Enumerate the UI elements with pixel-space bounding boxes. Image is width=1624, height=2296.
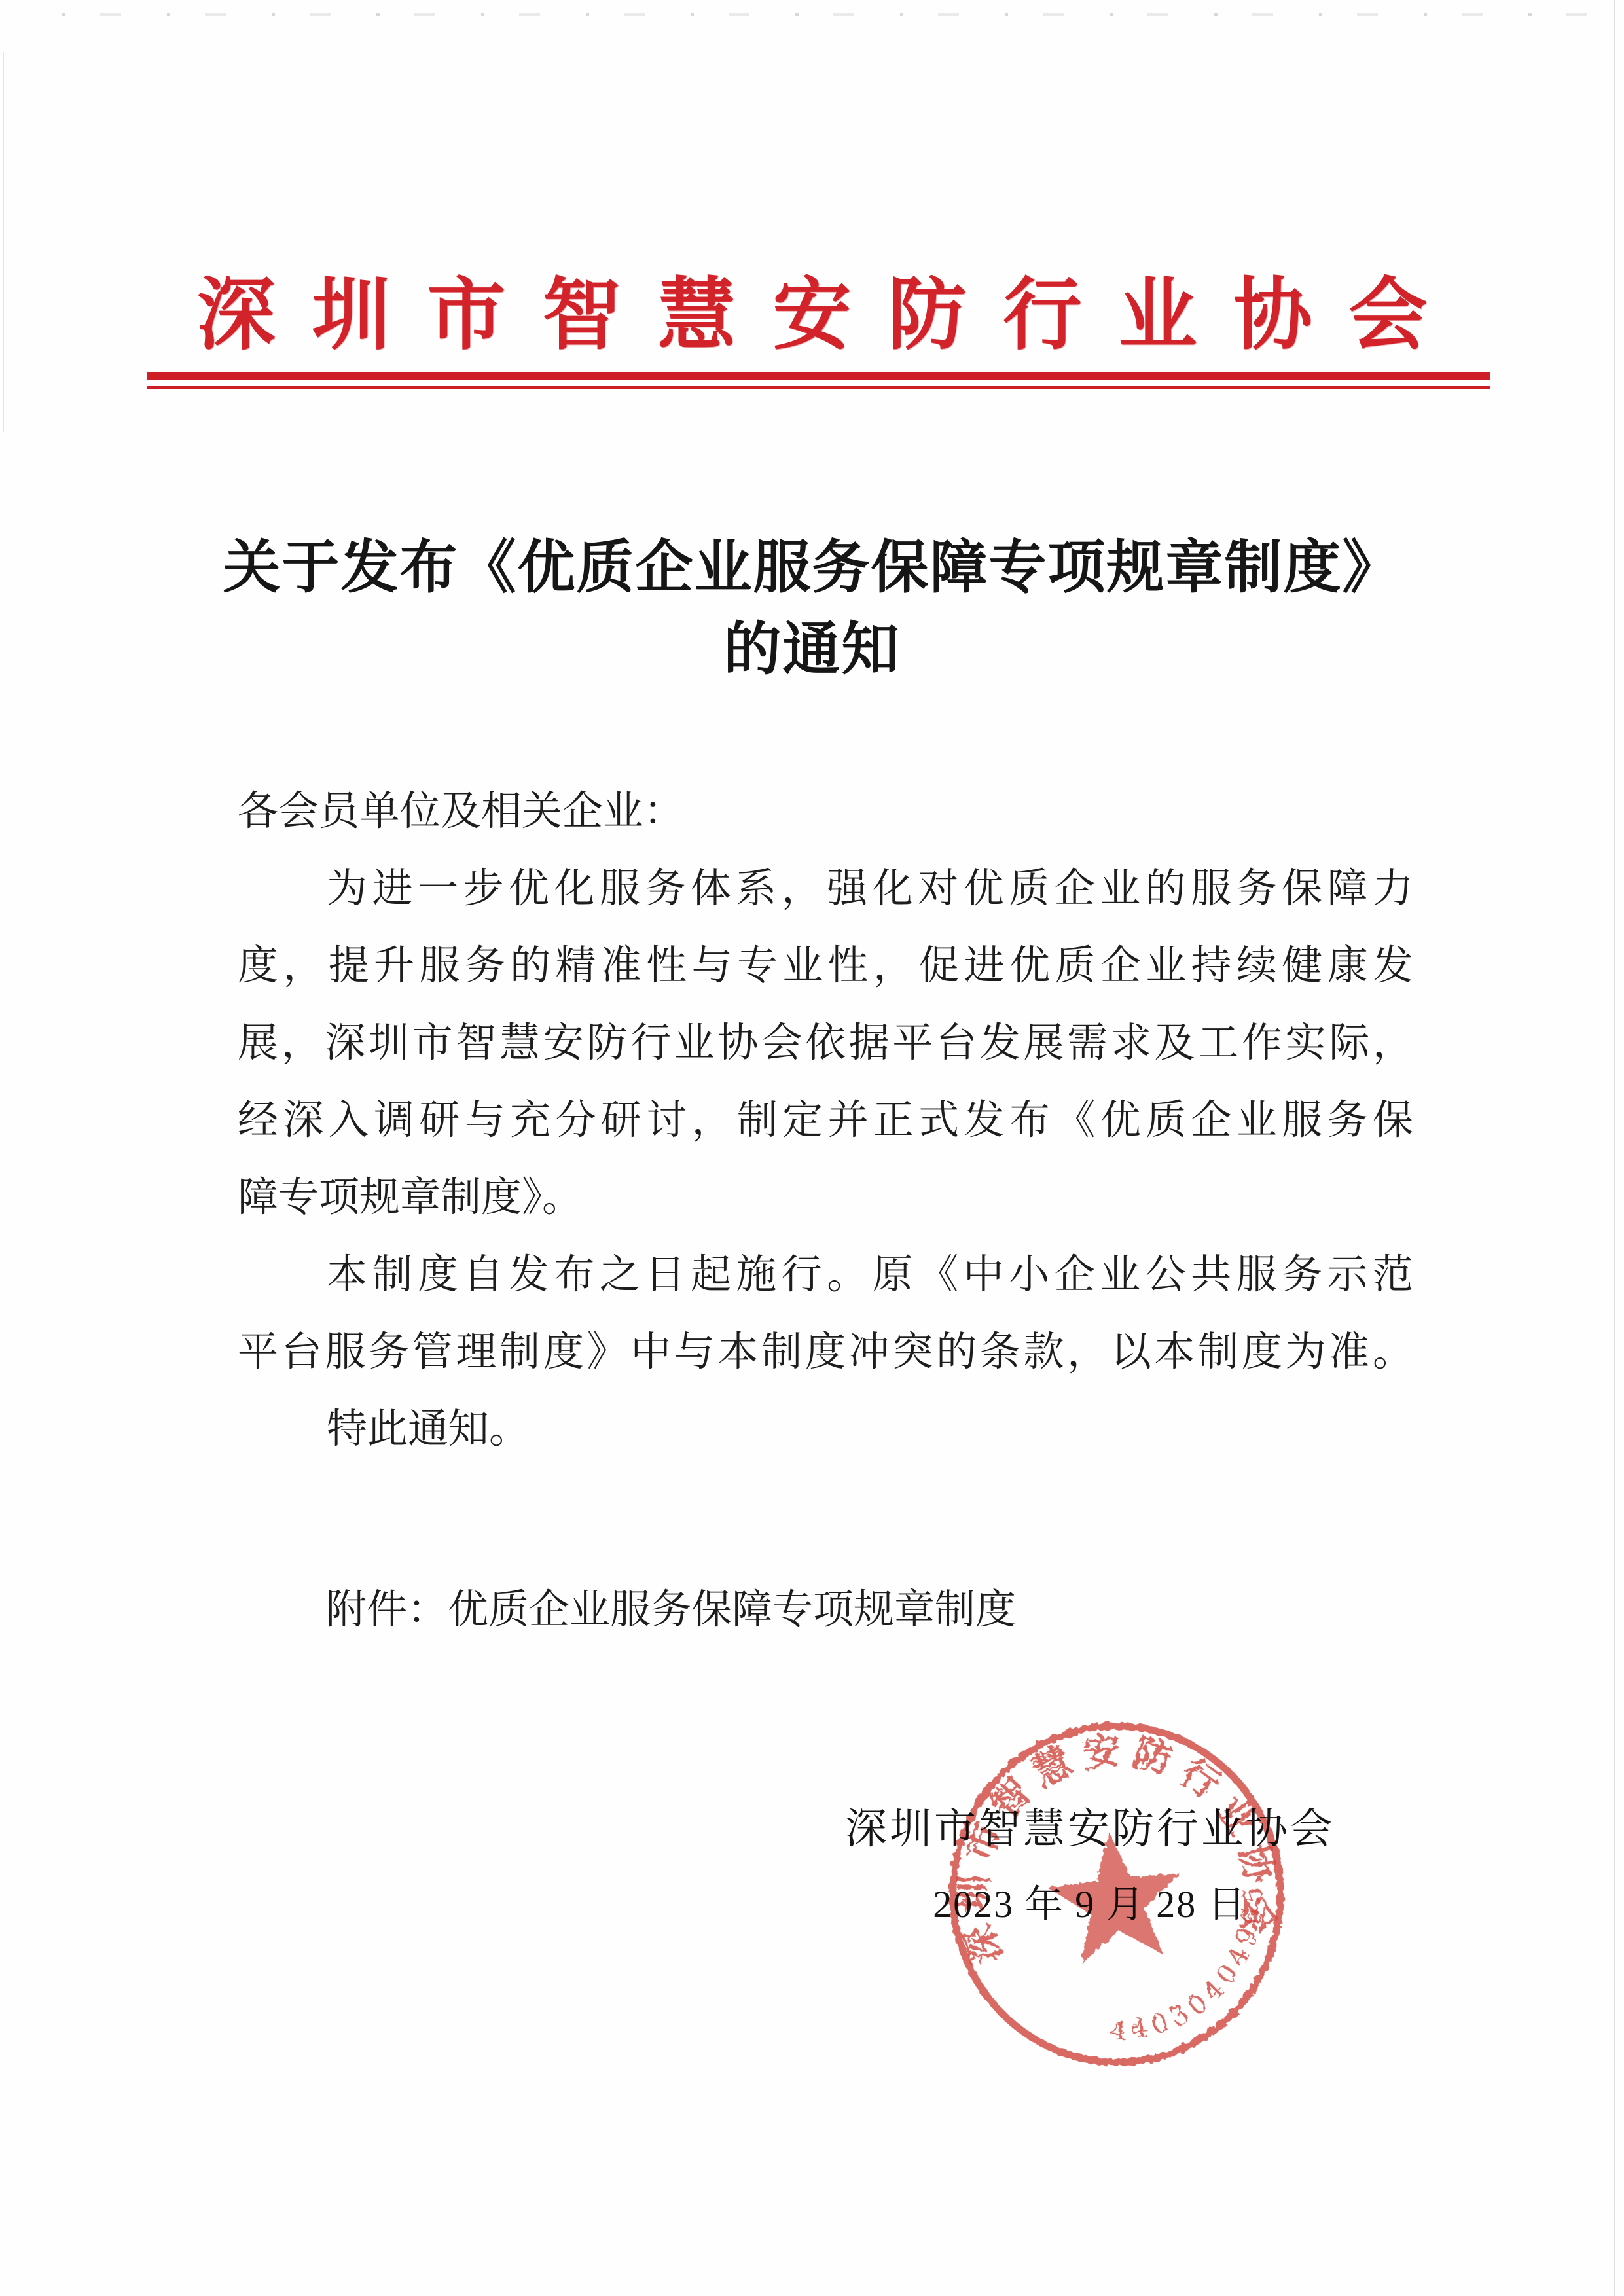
body-line: 本制度自发布之日起施行。原《中小企业公共服务示范: [238, 1236, 1413, 1314]
body-line: 经深入调研与充分研讨，制定并正式发布《优质企业服务保: [238, 1082, 1413, 1159]
document-title: 关于发布《优质企业服务保障专项规章制度》 的通知: [0, 528, 1624, 691]
seal-graphic-group: 深圳市智慧安防行业协会 4403040496522: [901, 1678, 1298, 2083]
notice-body: 各会员单位及相关企业： 为进一步优化服务体系，强化对优质企业的服务保障力 度，提…: [238, 773, 1413, 1468]
document-title-line2: 的通知: [0, 609, 1624, 691]
seal-star-icon: [1042, 1825, 1189, 1966]
body-line: 障专项规章制度》。: [238, 1159, 1413, 1236]
official-red-seal: 深圳市智慧安防行业协会 4403040496522: [901, 1678, 1332, 2109]
closing-line: 特此通知。: [238, 1391, 1413, 1468]
scan-artifact-top: [62, 13, 1607, 16]
attachment-line: 附件：优质企业服务保障专项规章制度: [238, 1571, 1413, 1649]
body-line: 度，提升服务的精准性与专业性，促进优质企业持续健康发: [238, 927, 1413, 1005]
body-line: 展，深圳市智慧安防行业协会依据平台发展需求及工作实际，: [238, 1005, 1413, 1082]
body-line: 为进一步优化服务体系，强化对优质企业的服务保障力: [238, 850, 1413, 927]
letterhead-rule-thin: [147, 386, 1490, 389]
salutation-line: 各会员单位及相关企业：: [238, 773, 1413, 850]
letterhead-org-name: 深圳市智慧安防行业协会: [0, 252, 1624, 365]
notice-page: 深圳市智慧安防行业协会 关于发布《优质企业服务保障专项规章制度》 的通知 各会员…: [0, 0, 1624, 2296]
body-line: 平台服务管理制度》中与本制度冲突的条款，以本制度为准。: [238, 1314, 1413, 1391]
document-title-line1: 关于发布《优质企业服务保障专项规章制度》: [0, 528, 1624, 609]
scan-artifact-left: [3, 52, 4, 432]
letterhead-rule-thick: [147, 372, 1490, 380]
